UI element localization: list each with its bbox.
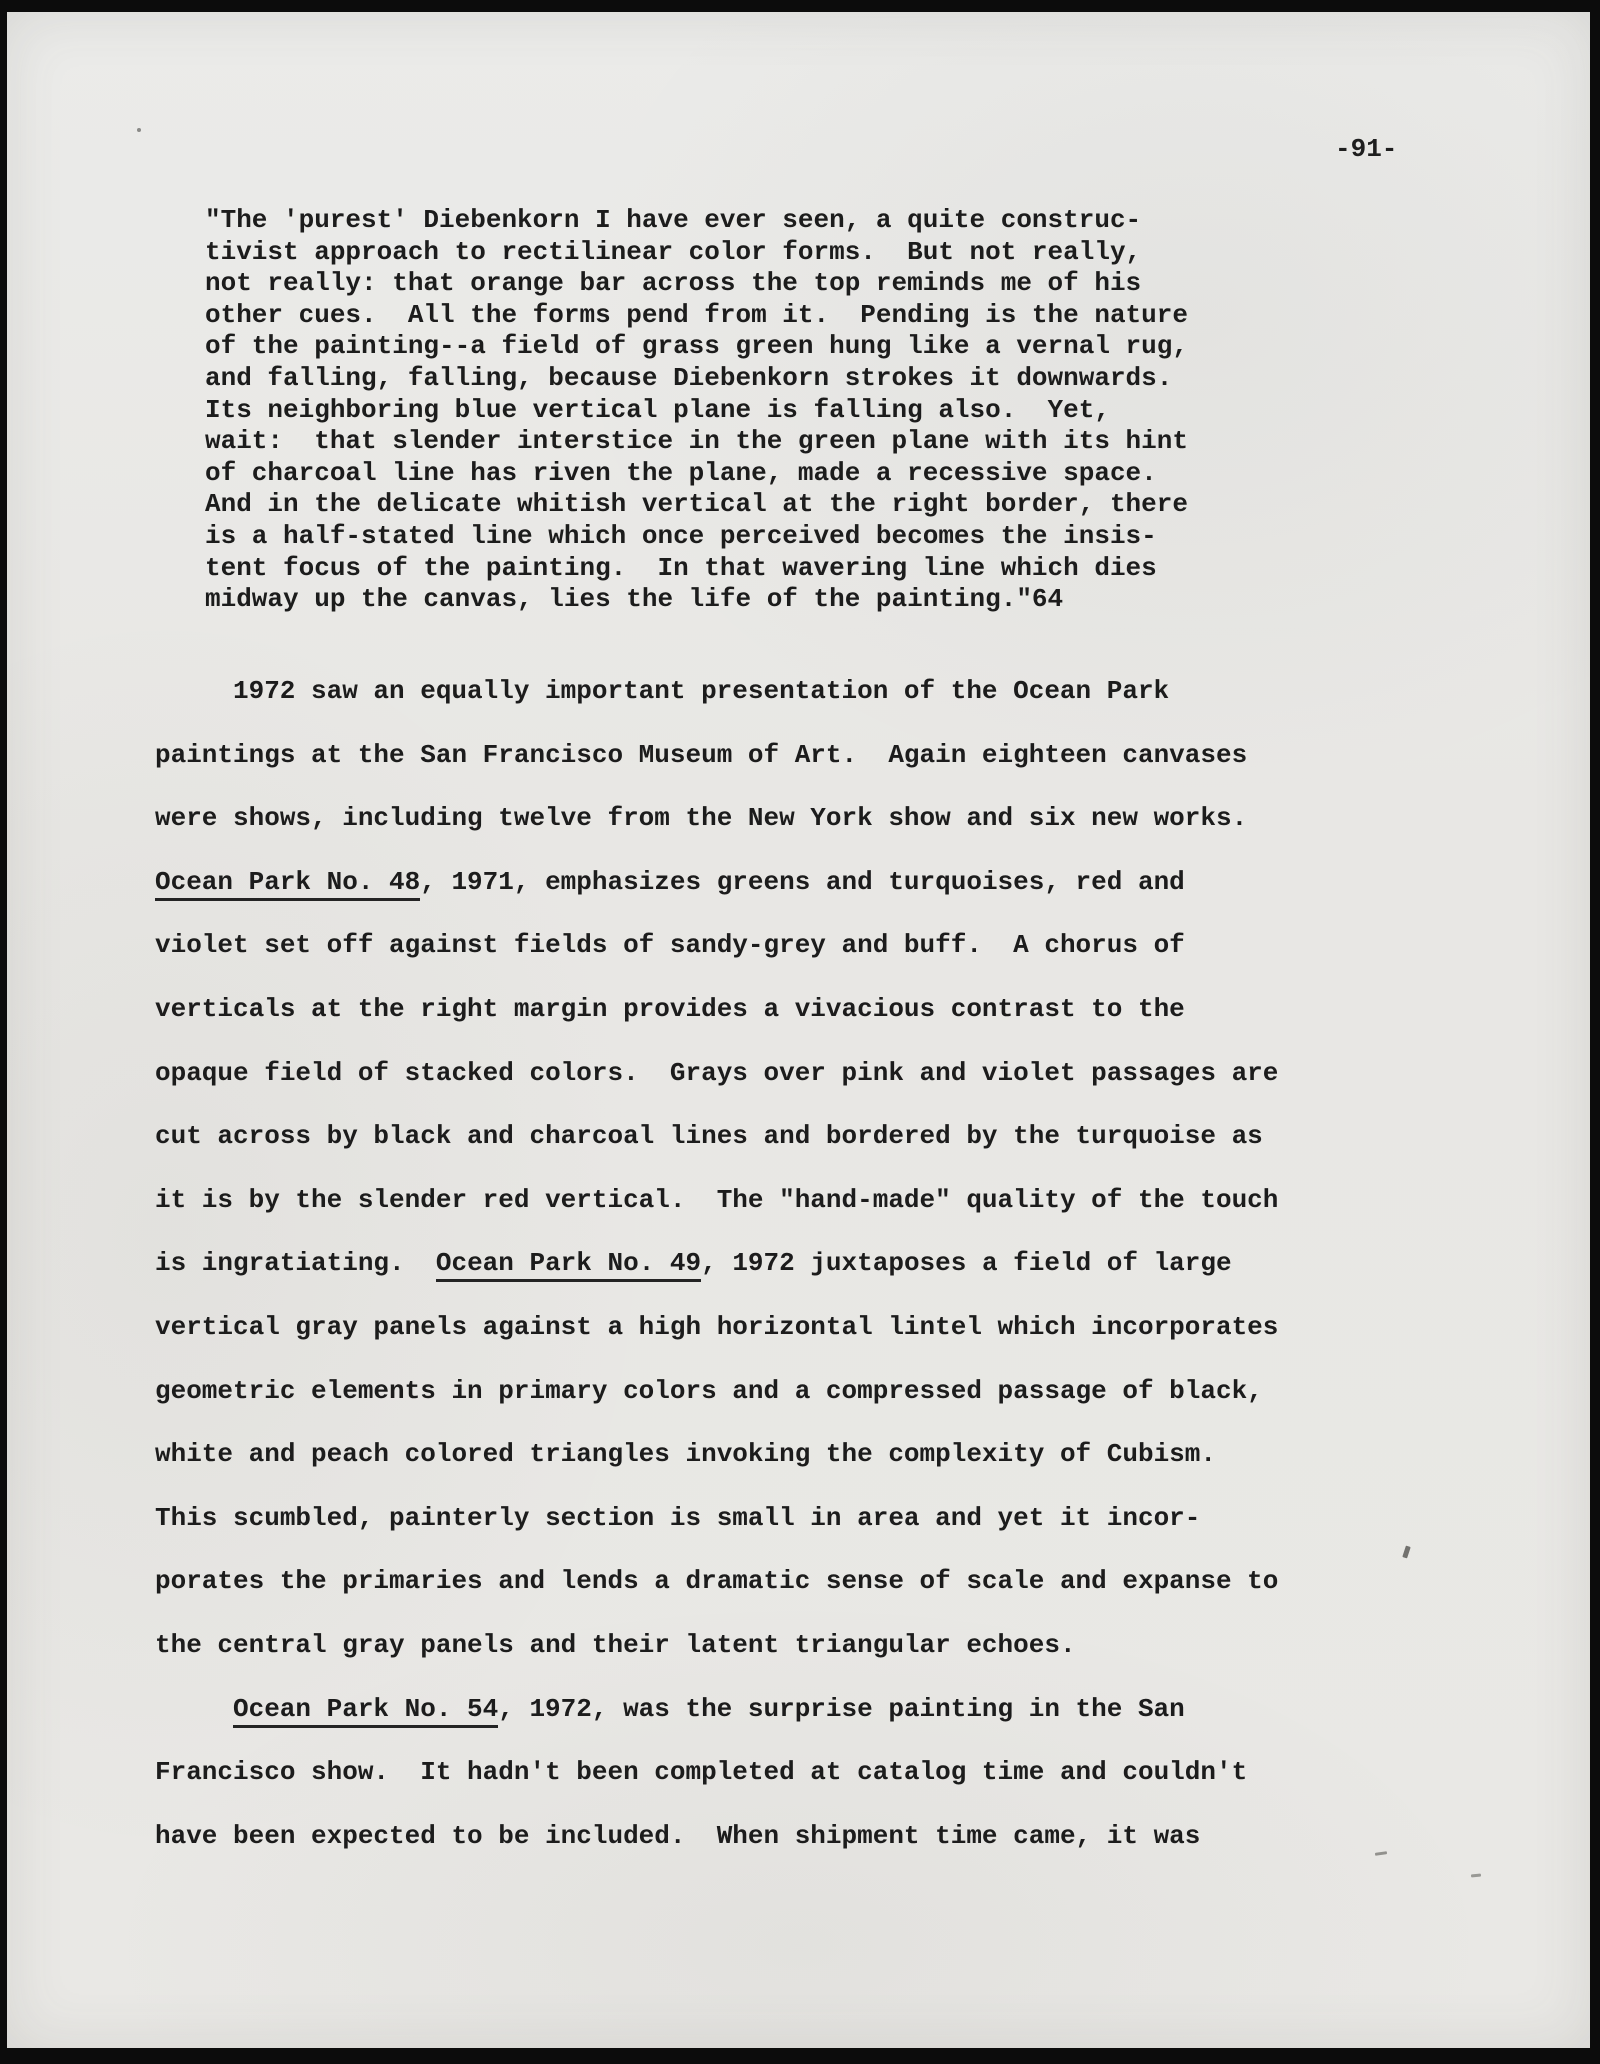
underlined-painting-title: Ocean Park No. 54 (233, 1694, 498, 1728)
quote-line: not really: that orange bar across the t… (205, 268, 1188, 300)
body-text-segment: have been expected to be included. When … (155, 1821, 1200, 1851)
body-text-segment: were shows, including twelve from the Ne… (155, 803, 1247, 833)
body-text: 1972 saw an equally important presentati… (155, 660, 1278, 1868)
scanned-page-frame: -91- "The 'purest' Diebenkorn I have eve… (0, 0, 1600, 2064)
body-text-segment: verticals at the right margin provides a… (155, 994, 1185, 1024)
quote-line: "The 'purest' Diebenkorn I have ever see… (205, 205, 1188, 237)
underlined-painting-title: Ocean Park No. 48 (155, 867, 420, 901)
body-text-segment: white and peach colored triangles invoki… (155, 1439, 1216, 1469)
body-text-segment: , 1972 juxtaposes a field of large (701, 1248, 1232, 1278)
body-line: porates the primaries and lends a dramat… (155, 1550, 1278, 1614)
scan-artifact (1402, 1546, 1410, 1559)
body-line: Ocean Park No. 54, 1972, was the surpris… (155, 1678, 1278, 1742)
body-line: the central gray panels and their latent… (155, 1614, 1278, 1678)
underlined-painting-title: Ocean Park No. 49 (436, 1248, 701, 1282)
scan-artifact (1375, 1851, 1387, 1856)
body-line: geometric elements in primary colors and… (155, 1360, 1278, 1424)
body-line: cut across by black and charcoal lines a… (155, 1105, 1278, 1169)
body-text-segment: it is by the slender red vertical. The "… (155, 1185, 1278, 1215)
body-text-segment: This scumbled, painterly section is smal… (155, 1503, 1200, 1533)
quote-line: midway up the canvas, lies the life of t… (205, 584, 1188, 616)
body-text-segment: cut across by black and charcoal lines a… (155, 1121, 1263, 1151)
scan-artifact (137, 128, 141, 132)
body-text-segment: geometric elements in primary colors and… (155, 1376, 1263, 1406)
body-line: it is by the slender red vertical. The "… (155, 1169, 1278, 1233)
body-text-segment: porates the primaries and lends a dramat… (155, 1566, 1278, 1596)
body-line: paintings at the San Francisco Museum of… (155, 724, 1278, 788)
quote-line: is a half-stated line which once perceiv… (205, 521, 1188, 553)
scan-artifact (1471, 1873, 1481, 1877)
body-text-segment: paintings at the San Francisco Museum of… (155, 740, 1247, 770)
body-text-segment: 1972 saw an equally important presentati… (233, 676, 1169, 706)
quote-line: and falling, falling, because Diebenkorn… (205, 363, 1188, 395)
body-text-segment: vertical gray panels against a high hori… (155, 1312, 1278, 1342)
body-line: Ocean Park No. 48, 1971, emphasizes gree… (155, 851, 1278, 915)
page-number: -91- (1335, 134, 1397, 164)
quote-line: tivist approach to rectilinear color for… (205, 237, 1188, 269)
body-line: verticals at the right margin provides a… (155, 978, 1278, 1042)
block-quote: "The 'purest' Diebenkorn I have ever see… (205, 205, 1188, 616)
body-text-segment: Francisco show. It hadn't been completed… (155, 1757, 1247, 1787)
quote-line: tent focus of the painting. In that wave… (205, 553, 1188, 585)
body-text-segment: , 1972, was the surprise painting in the… (498, 1694, 1185, 1724)
body-text-segment: , 1971, emphasizes greens and turquoises… (420, 867, 1185, 897)
body-line: vertical gray panels against a high hori… (155, 1296, 1278, 1360)
body-line: Francisco show. It hadn't been completed… (155, 1741, 1278, 1805)
body-line: is ingratiating. Ocean Park No. 49, 1972… (155, 1232, 1278, 1296)
body-text-segment: is ingratiating. (155, 1248, 436, 1278)
quote-line: And in the delicate whitish vertical at … (205, 489, 1188, 521)
body-line: have been expected to be included. When … (155, 1805, 1278, 1869)
body-line: were shows, including twelve from the Ne… (155, 787, 1278, 851)
body-line: This scumbled, painterly section is smal… (155, 1487, 1278, 1551)
body-line: white and peach colored triangles invoki… (155, 1423, 1278, 1487)
body-line: 1972 saw an equally important presentati… (155, 660, 1278, 724)
body-line: opaque field of stacked colors. Grays ov… (155, 1042, 1278, 1106)
body-text-segment: violet set off against fields of sandy-g… (155, 930, 1185, 960)
quote-line: of the painting--a field of grass green … (205, 331, 1188, 363)
document-page: -91- "The 'purest' Diebenkorn I have eve… (7, 12, 1590, 2048)
quote-line: of charcoal line has riven the plane, ma… (205, 458, 1188, 490)
body-text-segment: opaque field of stacked colors. Grays ov… (155, 1058, 1278, 1088)
quote-line: wait: that slender interstice in the gre… (205, 426, 1188, 458)
quote-line: other cues. All the forms pend from it. … (205, 300, 1188, 332)
body-text-segment: the central gray panels and their latent… (155, 1630, 1076, 1660)
body-line: violet set off against fields of sandy-g… (155, 914, 1278, 978)
quote-line: Its neighboring blue vertical plane is f… (205, 395, 1188, 427)
